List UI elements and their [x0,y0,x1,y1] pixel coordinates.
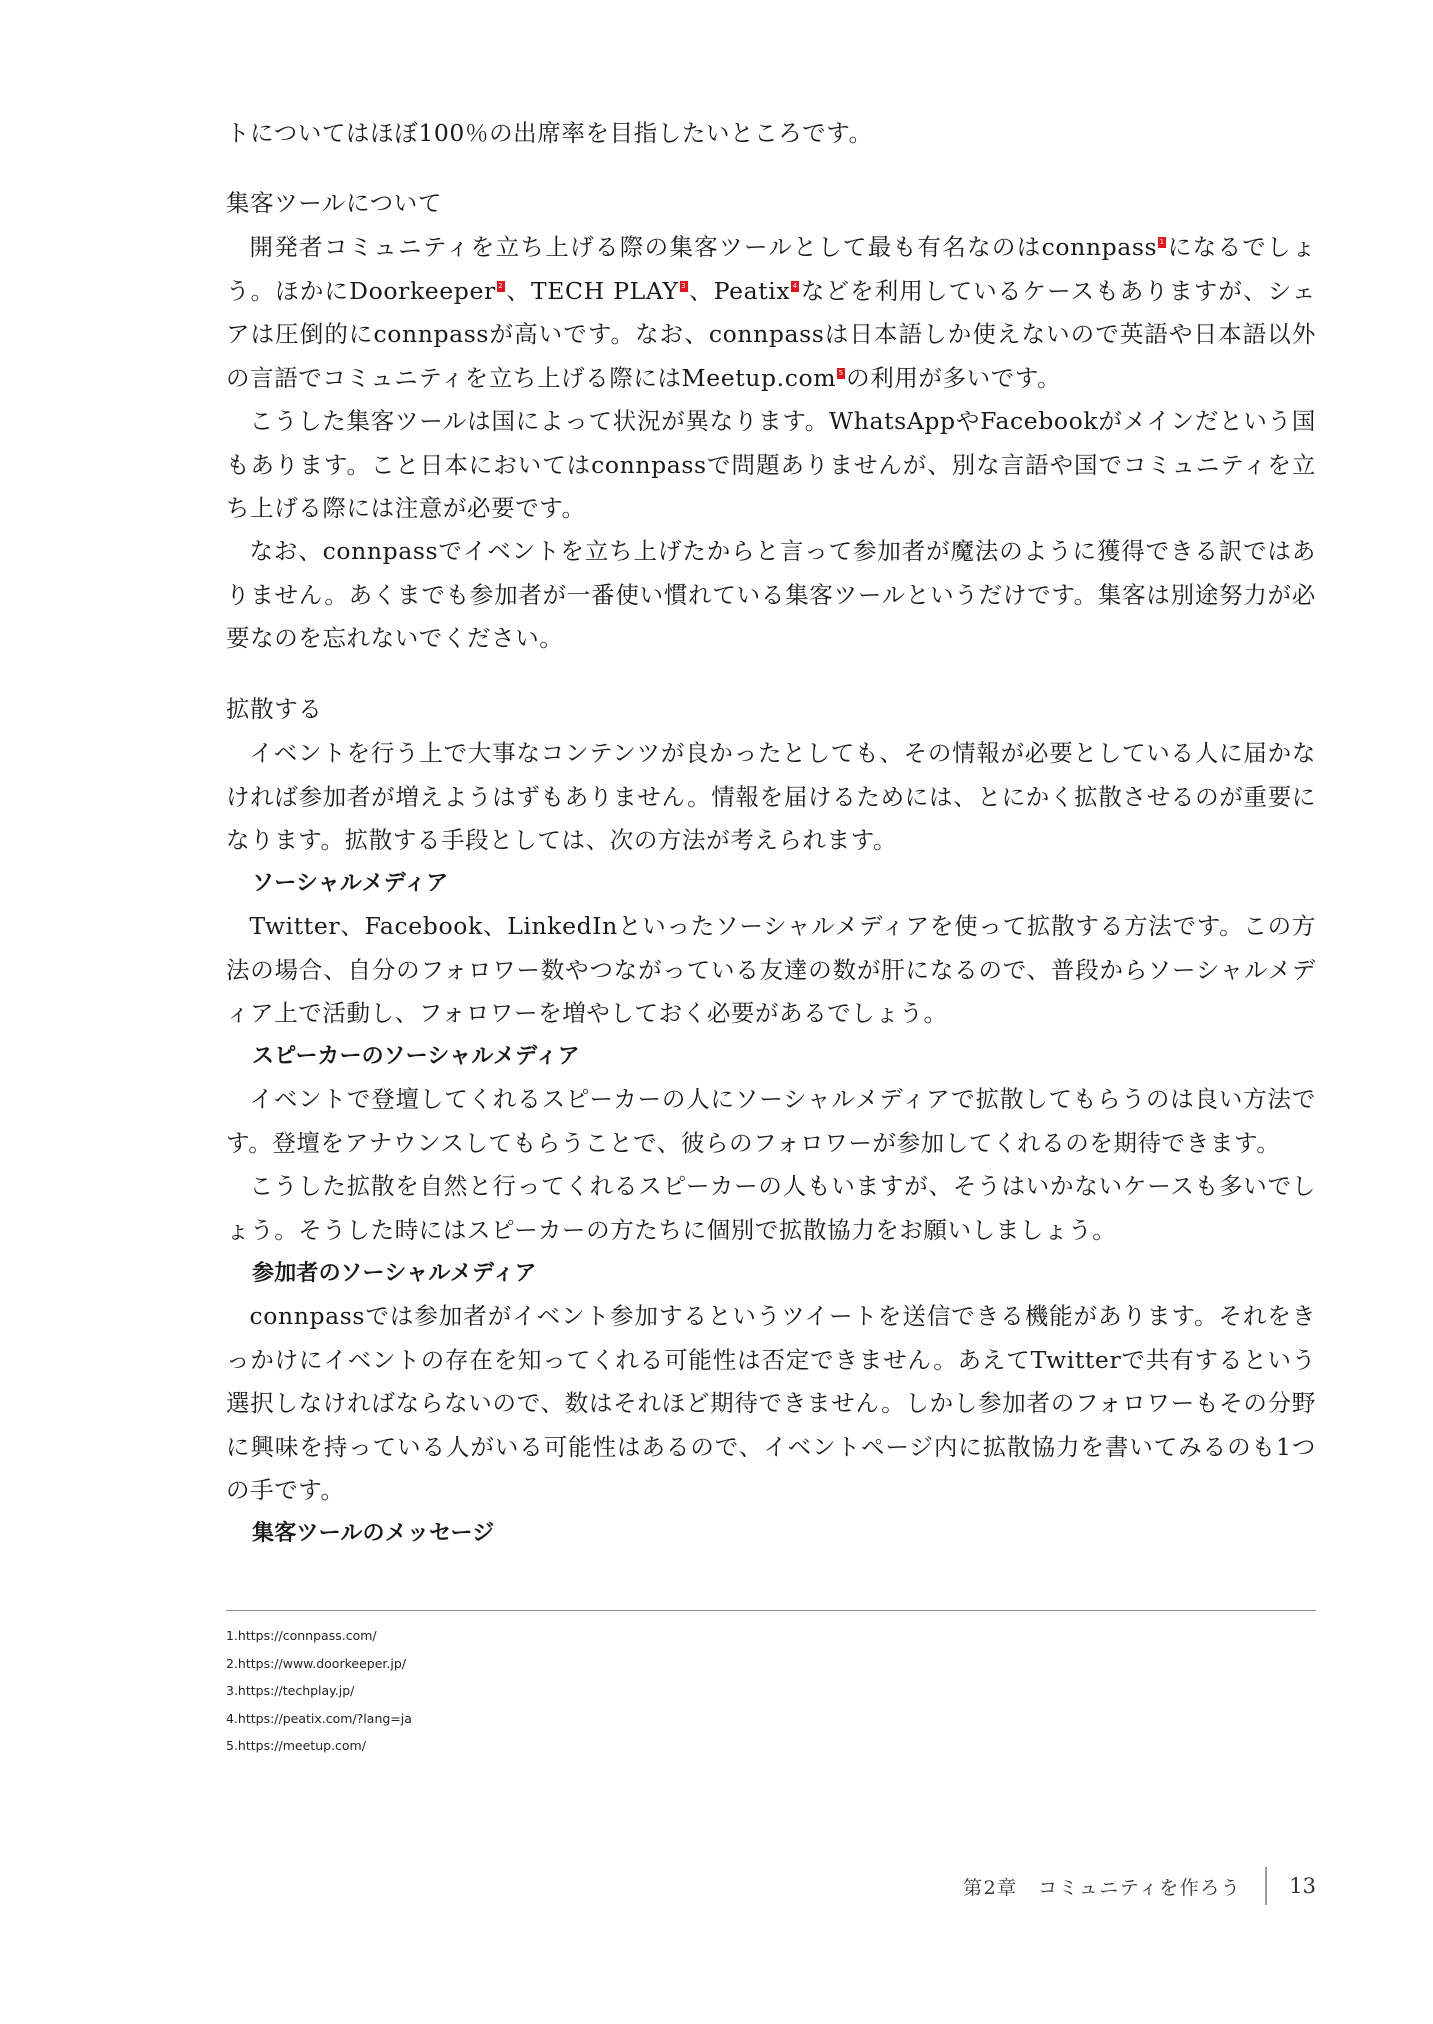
subsection-heading: スピーカーのソーシャルメディア [226,1035,1342,1079]
paragraph: なお、connpassでイベントを立ち上げたからと言って参加者が魔法のように獲得… [226,530,1316,661]
footnote-divider [226,1610,1316,1611]
section-heading: 集客ツールについて [226,182,1316,226]
footnote-2: 2.https://www.doorkeeper.jp/ [226,1650,412,1678]
paragraph: イベントで登壇してくれるスピーカーの人にソーシャルメディアで拡散してもらうのは良… [226,1078,1316,1165]
footnote-marker: 1 [1158,237,1166,248]
paragraph: トについてはほぼ100％の出席率を目指したいところです。 [226,112,1316,156]
subsection-heading: 参加者のソーシャルメディア [226,1252,1342,1296]
paragraph-text: こうした拡散を自然と行ってくれるスピーカーの人もいますが、そうはいかないケースも… [226,1172,1316,1244]
footnote-3: 3.https://techplay.jp/ [226,1677,412,1705]
paragraph: 開発者コミュニティを立ち上げる際の集客ツールとして最も有名なのはconnpass… [226,226,1316,400]
footer-separator [1265,1867,1267,1905]
paragraph-text: トについてはほぼ100％の出席率を目指したいところです。 [226,119,873,147]
paragraph: connpassでは参加者がイベント参加するというツイートを送信できる機能があり… [226,1295,1316,1513]
paragraph-text: の利用が多いです。 [846,364,1061,392]
paragraph-text: イベントで登壇してくれるスピーカーの人にソーシャルメディアで拡散してもらうのは良… [226,1085,1316,1157]
paragraph-text: 開発者コミュニティを立ち上げる際の集客ツールとして最も有名なのはconnpass [250,233,1158,261]
paragraph: こうした集客ツールは国によって状況が異なります。WhatsAppやFaceboo… [226,400,1316,531]
paragraph: Twitter、Facebook、LinkedInといったソーシャルメディアを使… [226,905,1316,1036]
paragraph: イベントを行う上で大事なコンテンツが良かったとしても、その情報が必要としている人… [226,732,1316,863]
footnote-marker: 3 [680,281,688,292]
paragraph-text: Twitter、Facebook、LinkedInといったソーシャルメディアを使… [226,912,1316,1027]
chapter-title: 第2章 コミュニティを作ろう [963,1873,1241,1900]
footnotes: 1.https://connpass.com/ 2.https://www.do… [226,1622,412,1760]
footnote-1: 1.https://connpass.com/ [226,1622,412,1650]
subsection-heading: 集客ツールのメッセージ [226,1512,1342,1556]
footnote-4: 4.https://peatix.com/?lang=ja [226,1705,412,1733]
footnote-marker: 5 [837,368,845,379]
footnote-marker: 2 [497,281,505,292]
paragraph-text: connpassでは参加者がイベント参加するというツイートを送信できる機能があり… [226,1302,1316,1504]
paragraph-text: 、TECH PLAY [506,277,679,305]
paragraph-text: こうした集客ツールは国によって状況が異なります。WhatsAppやFaceboo… [226,407,1316,522]
paragraph-text: なお、connpassでイベントを立ち上げたからと言って参加者が魔法のように獲得… [226,537,1316,652]
footnote-marker: 4 [791,281,799,292]
paragraph-text: 、Peatix [689,277,791,305]
subsection-heading: ソーシャルメディア [226,862,1342,906]
section-heading: 拡散する [226,688,1316,732]
footnote-5: 5.https://meetup.com/ [226,1732,412,1760]
page-number: 13 [1289,1874,1316,1898]
paragraph-text: イベントを行う上で大事なコンテンツが良かったとしても、その情報が必要としている人… [226,739,1316,854]
page-footer: 第2章 コミュニティを作ろう 13 [960,1866,1316,1906]
paragraph: こうした拡散を自然と行ってくれるスピーカーの人もいますが、そうはいかないケースも… [226,1165,1316,1252]
